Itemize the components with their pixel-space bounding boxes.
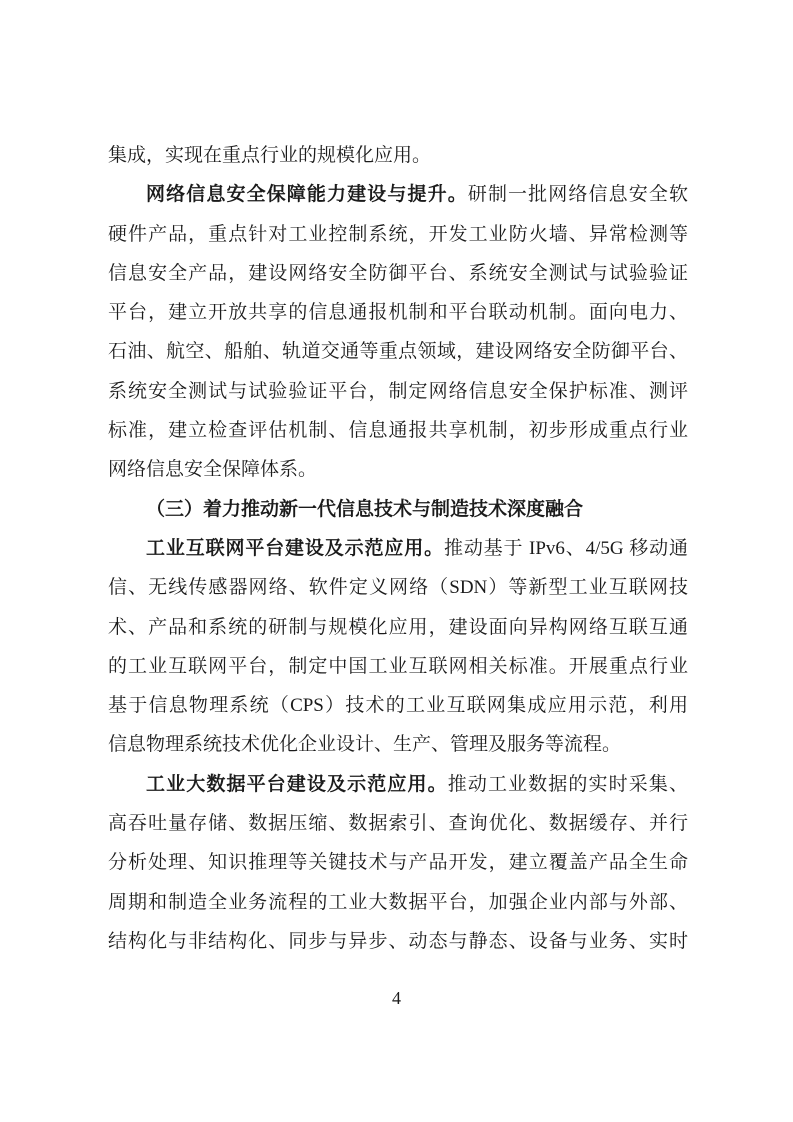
body-text: 研制一批网络信息安全软 [468,184,688,205]
body-text: 标准，建立检查评估机制、信息通报共享机制，初步形成重点行业 [108,420,688,441]
text-line: 系统安全测试与试验验证平台，制定网络信息安全保护标准、测评 [108,372,688,411]
body-text: 信息物理系统技术优化企业设计、生产、管理及服务等流程。 [108,734,621,755]
text-line: 信息安全产品，建设网络安全防御平台、系统安全测试与试验验证 [108,254,688,293]
text-line: 硬件产品，重点针对工业控制系统，开发工业防火墙、异常检测等 [108,215,688,254]
text-line: 集成，实现在重点行业的规模化应用。 [108,136,688,175]
text-line: 信、无线传感器网络、软件定义网络（SDN）等新型工业互联网技 [108,568,688,607]
body-text: 系统安全测试与试验验证平台，制定网络信息安全保护标准、测评 [108,381,688,402]
text-line: 工业互联网平台建设及示范应用。推动基于 IPv6、4/5G 移动通 [108,529,688,568]
bold-lead-text: 网络信息安全保障能力建设与提升。 [146,184,468,205]
text-line: 高吞吐量存储、数据压缩、数据索引、查询优化、数据缓存、并行 [108,804,688,843]
body-text: 石油、航空、船舶、轨道交通等重点领域，建设网络安全防御平台、 [108,341,688,362]
body-text: 基于信息物理系统（CPS）技术的工业互联网集成应用示范，利用 [108,695,688,716]
text-line: 结构化与非结构化、同步与异步、动态与静态、设备与业务、实时 [108,922,688,961]
text-line: 平台，建立开放共享的信息通报机制和平台联动机制。面向电力、 [108,293,688,332]
text-line: 网络信息安全保障能力建设与提升。研制一批网络信息安全软 [108,175,688,214]
body-text: 分析处理、知识推理等关键技术与产品开发，建立覆盖产品全生命 [108,852,688,873]
text-line: 石油、航空、船舶、轨道交通等重点领域，建设网络安全防御平台、 [108,332,688,371]
text-line: 网络信息安全保障体系。 [108,450,688,489]
body-text: 平台，建立开放共享的信息通报机制和平台联动机制。面向电力、 [108,302,688,323]
body-text: 推动基于 IPv6、4/5G 移动通 [444,538,688,559]
text-line: 术、产品和系统的研制与规模化应用，建设面向异构网络互联互通 [108,608,688,647]
text-line: 标准，建立检查评估机制、信息通报共享机制，初步形成重点行业 [108,411,688,450]
body-text: 术、产品和系统的研制与规模化应用，建设面向异构网络互联互通 [108,617,688,638]
body-text: 结构化与非结构化、同步与异步、动态与静态、设备与业务、实时 [108,931,688,952]
document-page: 集成，实现在重点行业的规模化应用。网络信息安全保障能力建设与提升。研制一批网络信… [0,0,793,1122]
body-text: 信、无线传感器网络、软件定义网络（SDN）等新型工业互联网技 [108,577,688,598]
bold-lead-text: 工业大数据平台建设及示范应用。 [146,774,448,795]
body-text: 硬件产品，重点针对工业控制系统，开发工业防火墙、异常检测等 [108,224,688,245]
body-text: 集成，实现在重点行业的规模化应用。 [108,145,431,166]
body-text: 周期和制造全业务流程的工业大数据平台，加强企业内部与外部、 [108,892,688,913]
text-line: 工业大数据平台建设及示范应用。推动工业数据的实时采集、 [108,765,688,804]
body-text: 高吞吐量存储、数据压缩、数据索引、查询优化、数据缓存、并行 [108,813,688,834]
body-text: 信息安全产品，建设网络安全防御平台、系统安全测试与试验验证 [108,263,688,284]
text-line: 分析处理、知识推理等关键技术与产品开发，建立覆盖产品全生命 [108,843,688,882]
body-text: 推动工业数据的实时采集、 [448,774,688,795]
bold-lead-text: （三）着力推动新一代信息技术与制造技术深度融合 [146,499,583,520]
document-body: 集成，实现在重点行业的规模化应用。网络信息安全保障能力建设与提升。研制一批网络信… [108,136,688,961]
text-line: 基于信息物理系统（CPS）技术的工业互联网集成应用示范，利用 [108,686,688,725]
page-number: 4 [0,986,793,1010]
body-text: 的工业互联网平台，制定中国工业互联网相关标准。开展重点行业 [108,656,688,677]
bold-lead-text: 工业互联网平台建设及示范应用。 [146,538,444,559]
body-text: 网络信息安全保障体系。 [108,459,317,480]
section-heading: （三）着力推动新一代信息技术与制造技术深度融合 [108,490,688,529]
text-line: 周期和制造全业务流程的工业大数据平台，加强企业内部与外部、 [108,883,688,922]
text-line: 信息物理系统技术优化企业设计、生产、管理及服务等流程。 [108,725,688,764]
text-line: 的工业互联网平台，制定中国工业互联网相关标准。开展重点行业 [108,647,688,686]
